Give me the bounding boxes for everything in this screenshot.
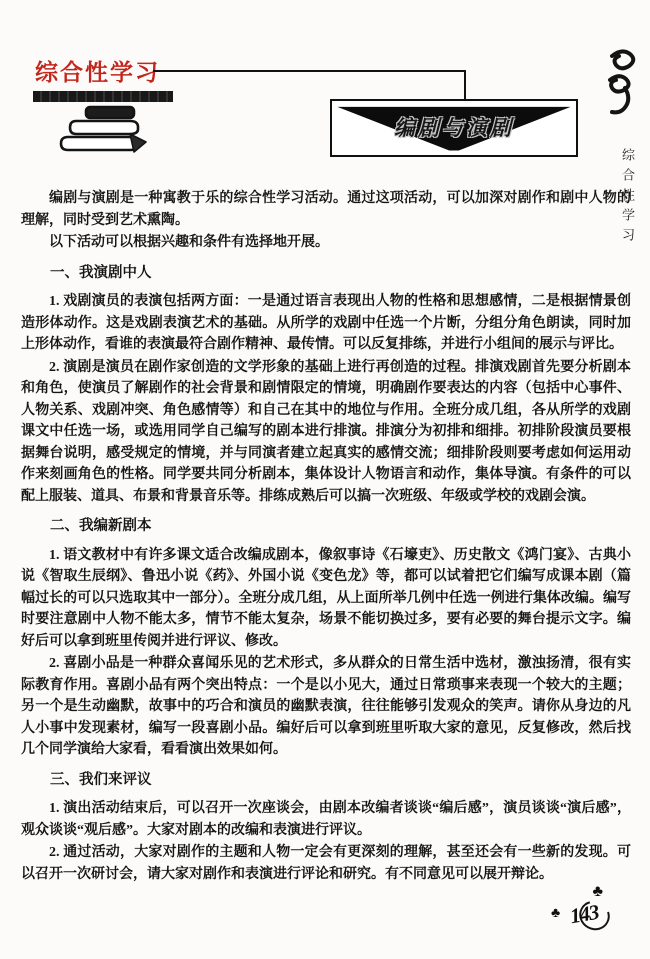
chapter-banner: 编剧与演剧 xyxy=(330,99,578,157)
textbook-page: 综合性学习 编剧与演剧 综合性学习 编剧与演剧是一种寓教于乐的综合性学习活动。通… xyxy=(0,0,650,959)
section-2-paragraph-1: 1. 语文教材中有许多课文适合改编成剧本，像叙事诗《石壕吏》、历史散文《鸿门宴》… xyxy=(21,545,631,653)
section-heading-3: 三、我们来评议 xyxy=(21,770,631,792)
club-icon: ♣ xyxy=(593,883,604,901)
page-number: 143 xyxy=(568,900,600,930)
flourish-ornament-icon xyxy=(598,46,642,122)
page-title: 综合性学习 xyxy=(35,54,160,87)
title-underline-bar xyxy=(33,91,173,102)
section-3-paragraph-2: 2. 通过活动，大家对剧作的主题和人物一定会有更深刻的理解，甚至还会有一些新的发… xyxy=(21,842,631,885)
page-number-ornament: ♣ ♣ 143 xyxy=(566,898,606,938)
section-heading-1: 一、我演剧中人 xyxy=(21,263,631,285)
club-icon: ♣ xyxy=(551,906,560,922)
connector-line-vertical xyxy=(464,70,466,101)
intro-paragraph: 以下活动可以根据兴趣和条件有选择地开展。 xyxy=(21,232,631,254)
section-heading-2: 二、我编新剧本 xyxy=(21,516,631,538)
body-text: 编剧与演剧是一种寓教于乐的综合性学习活动。通过这项活动，可以加深对剧作和剧中人物… xyxy=(21,187,631,886)
section-3-paragraph-1: 1. 演出活动结束后，可以召开一次座谈会，由剧本改编者谈谈“编后感”，演员谈谈“… xyxy=(21,798,631,841)
section-1-paragraph-1: 1. 戏剧演员的表演包括两方面：一是通过语言表现出人物的性格和思想感情，二是根据… xyxy=(21,291,631,356)
section-2-paragraph-2: 2. 喜剧小品是一种群众喜闻乐见的艺术形式，多从群众的日常生活中选材，激浊扬清，… xyxy=(21,653,631,761)
intro-paragraph: 编剧与演剧是一种寓教于乐的综合性学习活动。通过这项活动，可以加深对剧作和剧中人物… xyxy=(21,188,631,231)
connector-line-horizontal xyxy=(153,70,466,72)
chapter-banner-title: 编剧与演剧 xyxy=(332,112,576,142)
section-1-paragraph-2: 2. 演剧是演员在剧作家创造的文学形象的基础上进行再创造的过程。排演戏剧首先要分… xyxy=(21,357,631,508)
books-icon xyxy=(52,104,156,166)
